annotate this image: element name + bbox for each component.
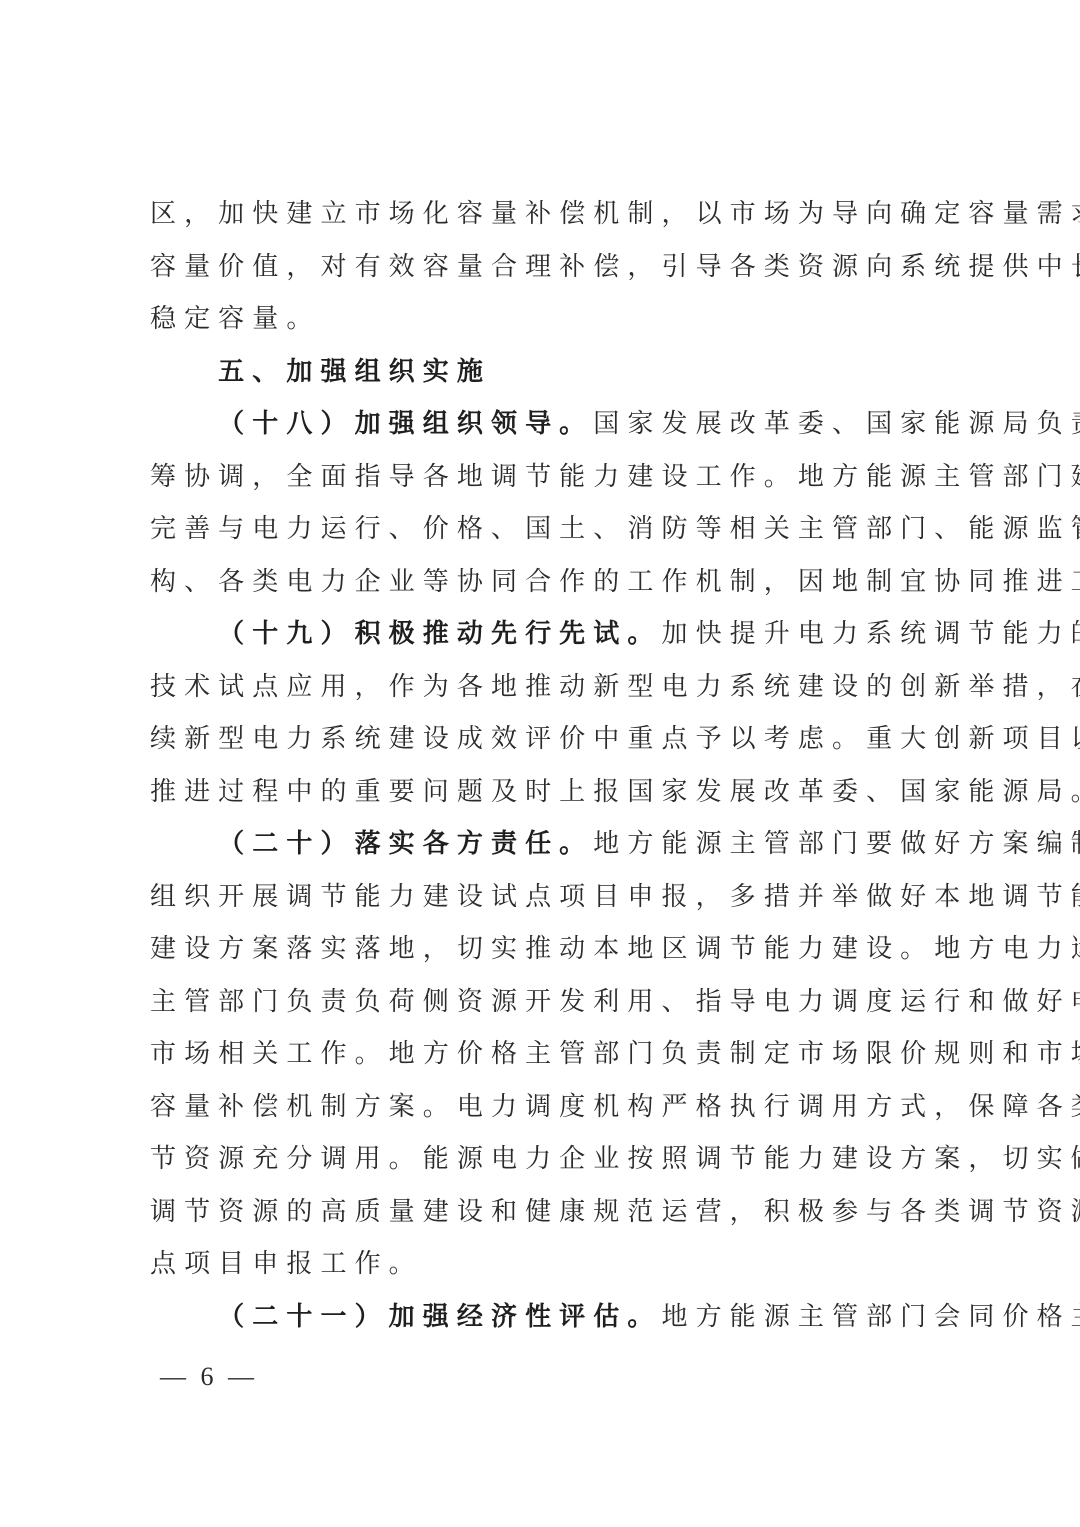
text-line: 构、各类电力企业等协同合作的工作机制，因地制宜协同推进工作。: [148, 556, 936, 609]
text-line: 续新型电力系统建设成效评价中重点予以考虑。重大创新项目以及: [148, 713, 936, 766]
text-line: 建设方案落实落地，切实推动本地区调节能力建设。地方电力运行: [148, 923, 936, 976]
text-line: 稳定容量。: [148, 293, 936, 346]
document-page: 区，加快建立市场化容量补偿机制，以市场为导向确定容量需求和容量价值，对有效容量合…: [0, 0, 1080, 1527]
text-line: （十八）加强组织领导。国家发展改革委、国家能源局负责统: [148, 398, 936, 451]
text-line: 推进过程中的重要问题及时上报国家发展改革委、国家能源局。: [148, 766, 936, 819]
text-line: 技术试点应用，作为各地推动新型电力系统建设的创新举措，在后: [148, 661, 936, 714]
section-heading: 五、加强组织实施: [148, 346, 936, 399]
document-body: 区，加快建立市场化容量补偿机制，以市场为导向确定容量需求和容量价值，对有效容量合…: [148, 188, 936, 1343]
text-line: 筹协调，全面指导各地调节能力建设工作。地方能源主管部门建立: [148, 451, 936, 504]
page-number: — 6 —: [160, 1362, 258, 1392]
text-line: （二十）落实各方责任。地方能源主管部门要做好方案编制、: [148, 818, 936, 871]
text-line: 容量价值，对有效容量合理补偿，引导各类资源向系统提供中长期: [148, 241, 936, 294]
text-line: 完善与电力运行、价格、国土、消防等相关主管部门、能源监管机: [148, 503, 936, 556]
text-line: 点项目申报工作。: [148, 1238, 936, 1291]
text-line: 容量补偿机制方案。电力调度机构严格执行调用方式，保障各类调: [148, 1081, 936, 1134]
text-line: （十九）积极推动先行先试。加快提升电力系统调节能力的新: [148, 608, 936, 661]
text-line: 主管部门负责负荷侧资源开发利用、指导电力调度运行和做好电力: [148, 976, 936, 1029]
text-line: 市场相关工作。地方价格主管部门负责制定市场限价规则和市场化: [148, 1028, 936, 1081]
text-line: 节资源充分调用。能源电力企业按照调节能力建设方案，切实做好: [148, 1133, 936, 1186]
text-line: 调节资源的高质量建设和健康规范运营，积极参与各类调节资源试: [148, 1186, 936, 1239]
text-line: 组织开展调节能力建设试点项目申报，多措并举做好本地调节能力: [148, 871, 936, 924]
text-line: 区，加快建立市场化容量补偿机制，以市场为导向确定容量需求和: [148, 188, 936, 241]
text-line: （二十一）加强经济性评估。地方能源主管部门会同价格主管: [148, 1291, 936, 1344]
